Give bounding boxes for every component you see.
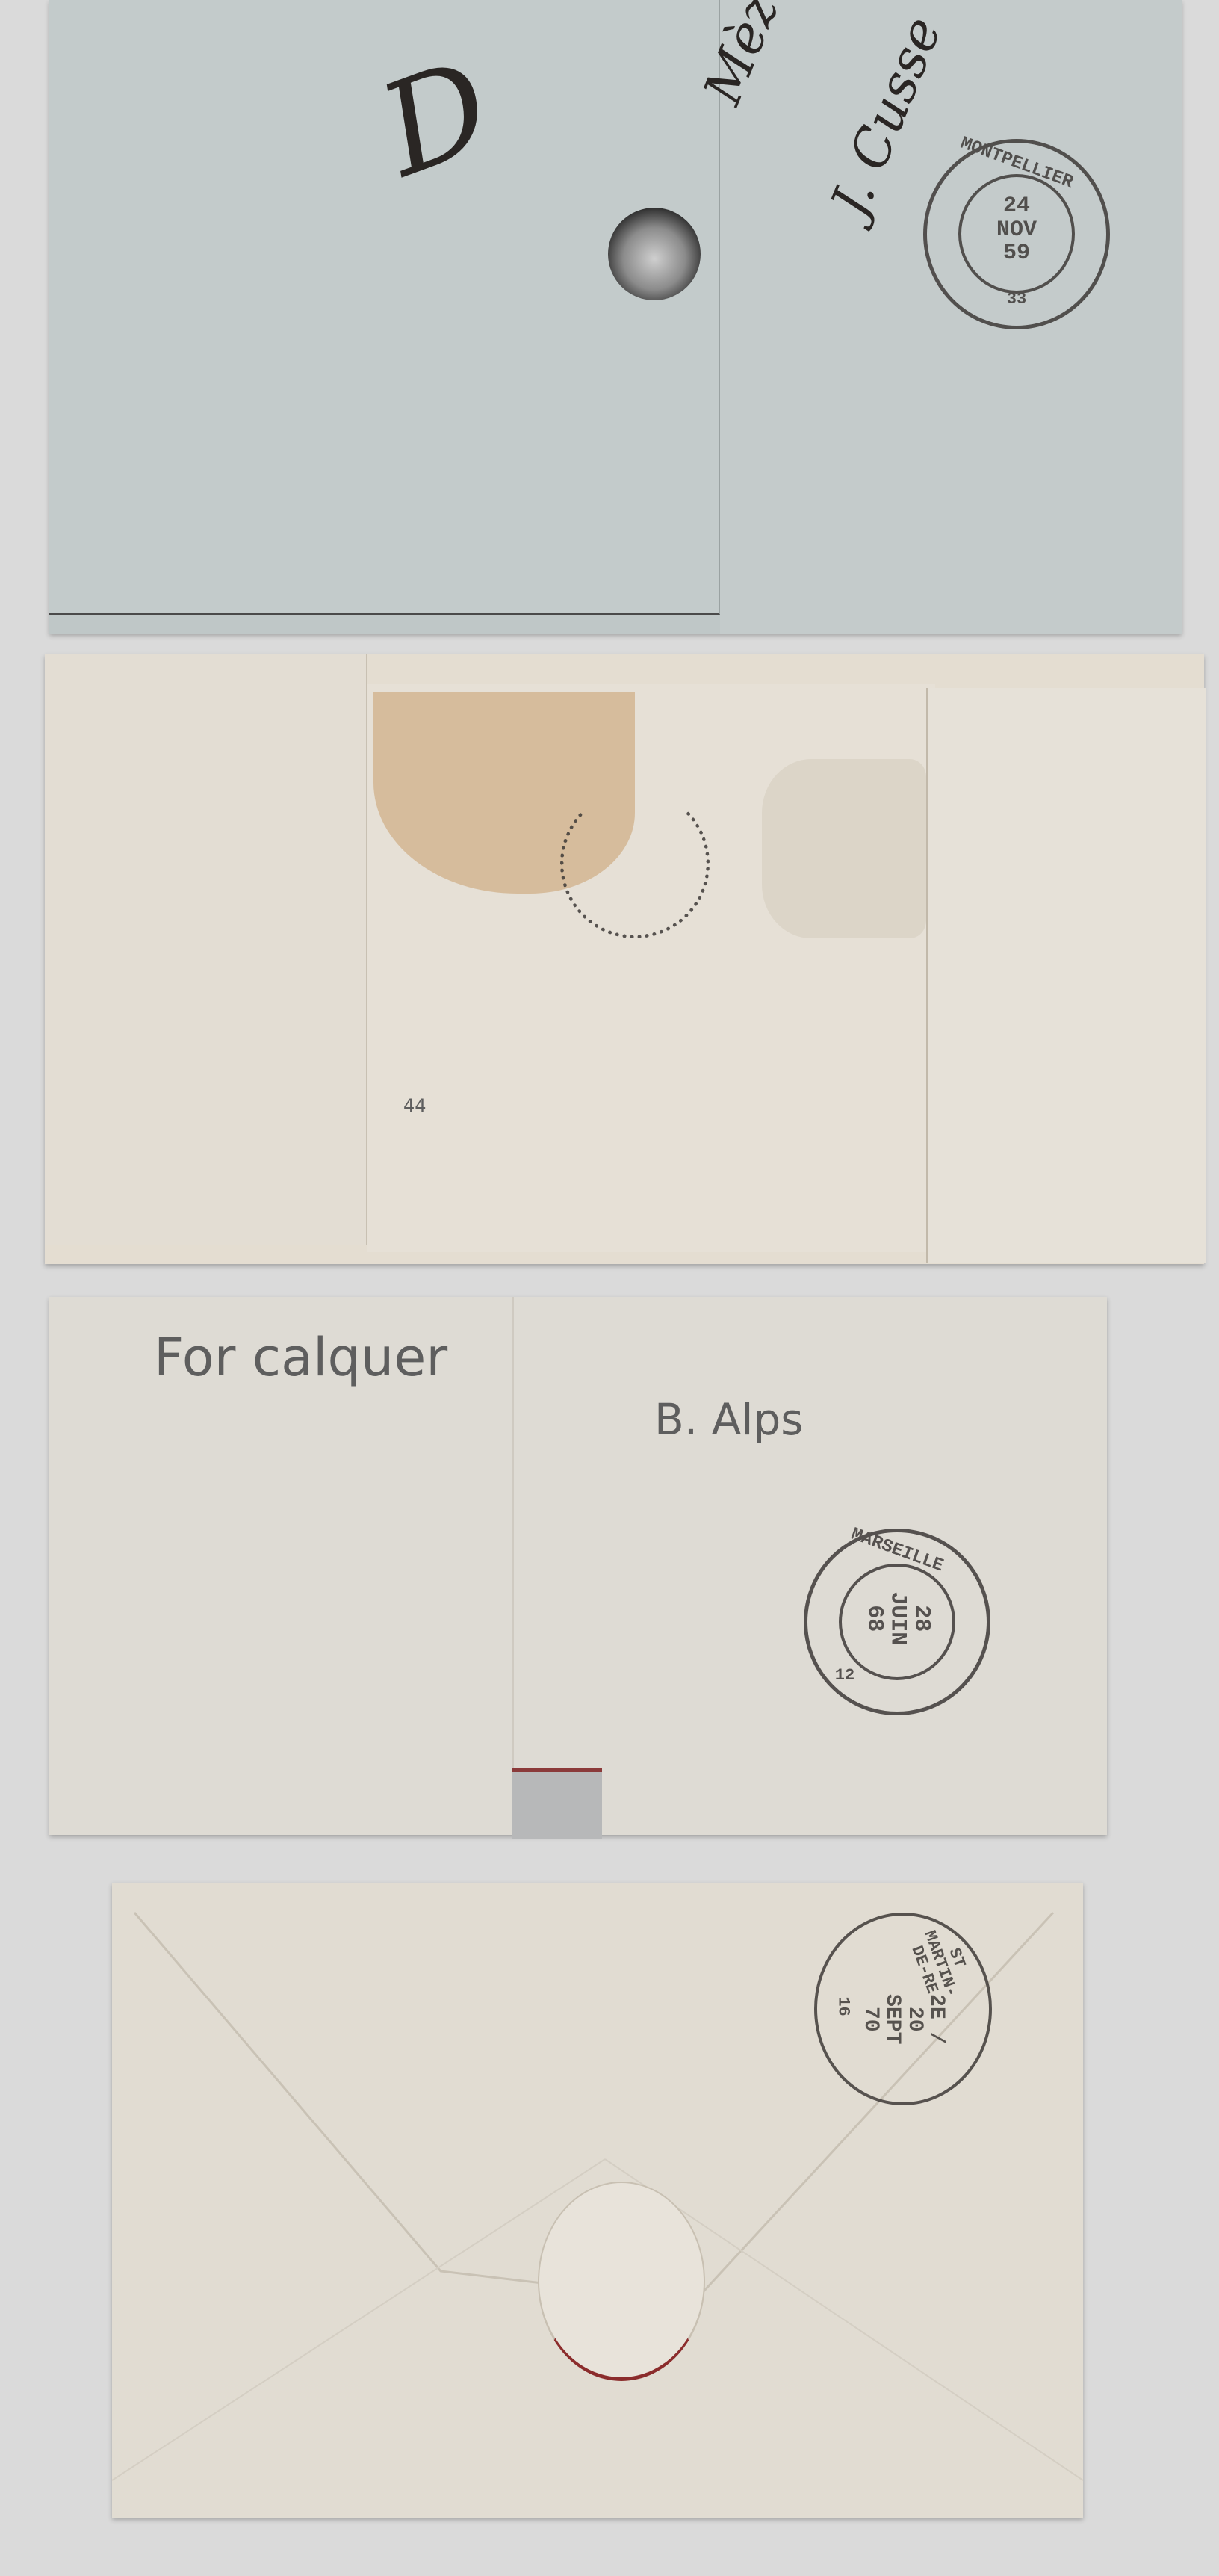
postmark-montpellier: MONTPELLIER 24 NOV 59 33 (923, 139, 1110, 329)
envelope-1: D Mèze de J. Cusse MONTPELLIER 24 NOV 59… (49, 0, 1182, 634)
pencil-note-for-calquer: For calquer (154, 1327, 447, 1388)
stamp-residue (762, 759, 926, 938)
envelope-2-right-flap (926, 688, 1206, 1263)
red-wax-seal-icon (538, 2182, 705, 2381)
envelope-4: ST MARTIN-DE-RE 2E / 20 SEPT 70 16 (112, 1883, 1083, 2518)
postmark-st-martin-de-re: ST MARTIN-DE-RE 2E / 20 SEPT 70 16 (814, 1913, 992, 2105)
black-wax-seal-icon (608, 208, 701, 300)
envelope-3-fold (512, 1297, 514, 1835)
pencil-mark-44: 44 (403, 1095, 427, 1116)
postmark-partial (560, 789, 710, 938)
envelope-2: 44 (45, 654, 1204, 1264)
red-wax-remnant (512, 1768, 602, 1839)
envelope-3: For calquer B. Alps MARSEILLE 28 JUIN 68… (49, 1297, 1107, 1835)
envelope-1-right-panel (720, 0, 1182, 634)
pencil-note-b-alps: B. Alps (654, 1394, 804, 1445)
envelope-2-left-flap (45, 654, 367, 1245)
postmark-marseille: MARSEILLE 28 JUIN 68 12 (804, 1529, 990, 1715)
